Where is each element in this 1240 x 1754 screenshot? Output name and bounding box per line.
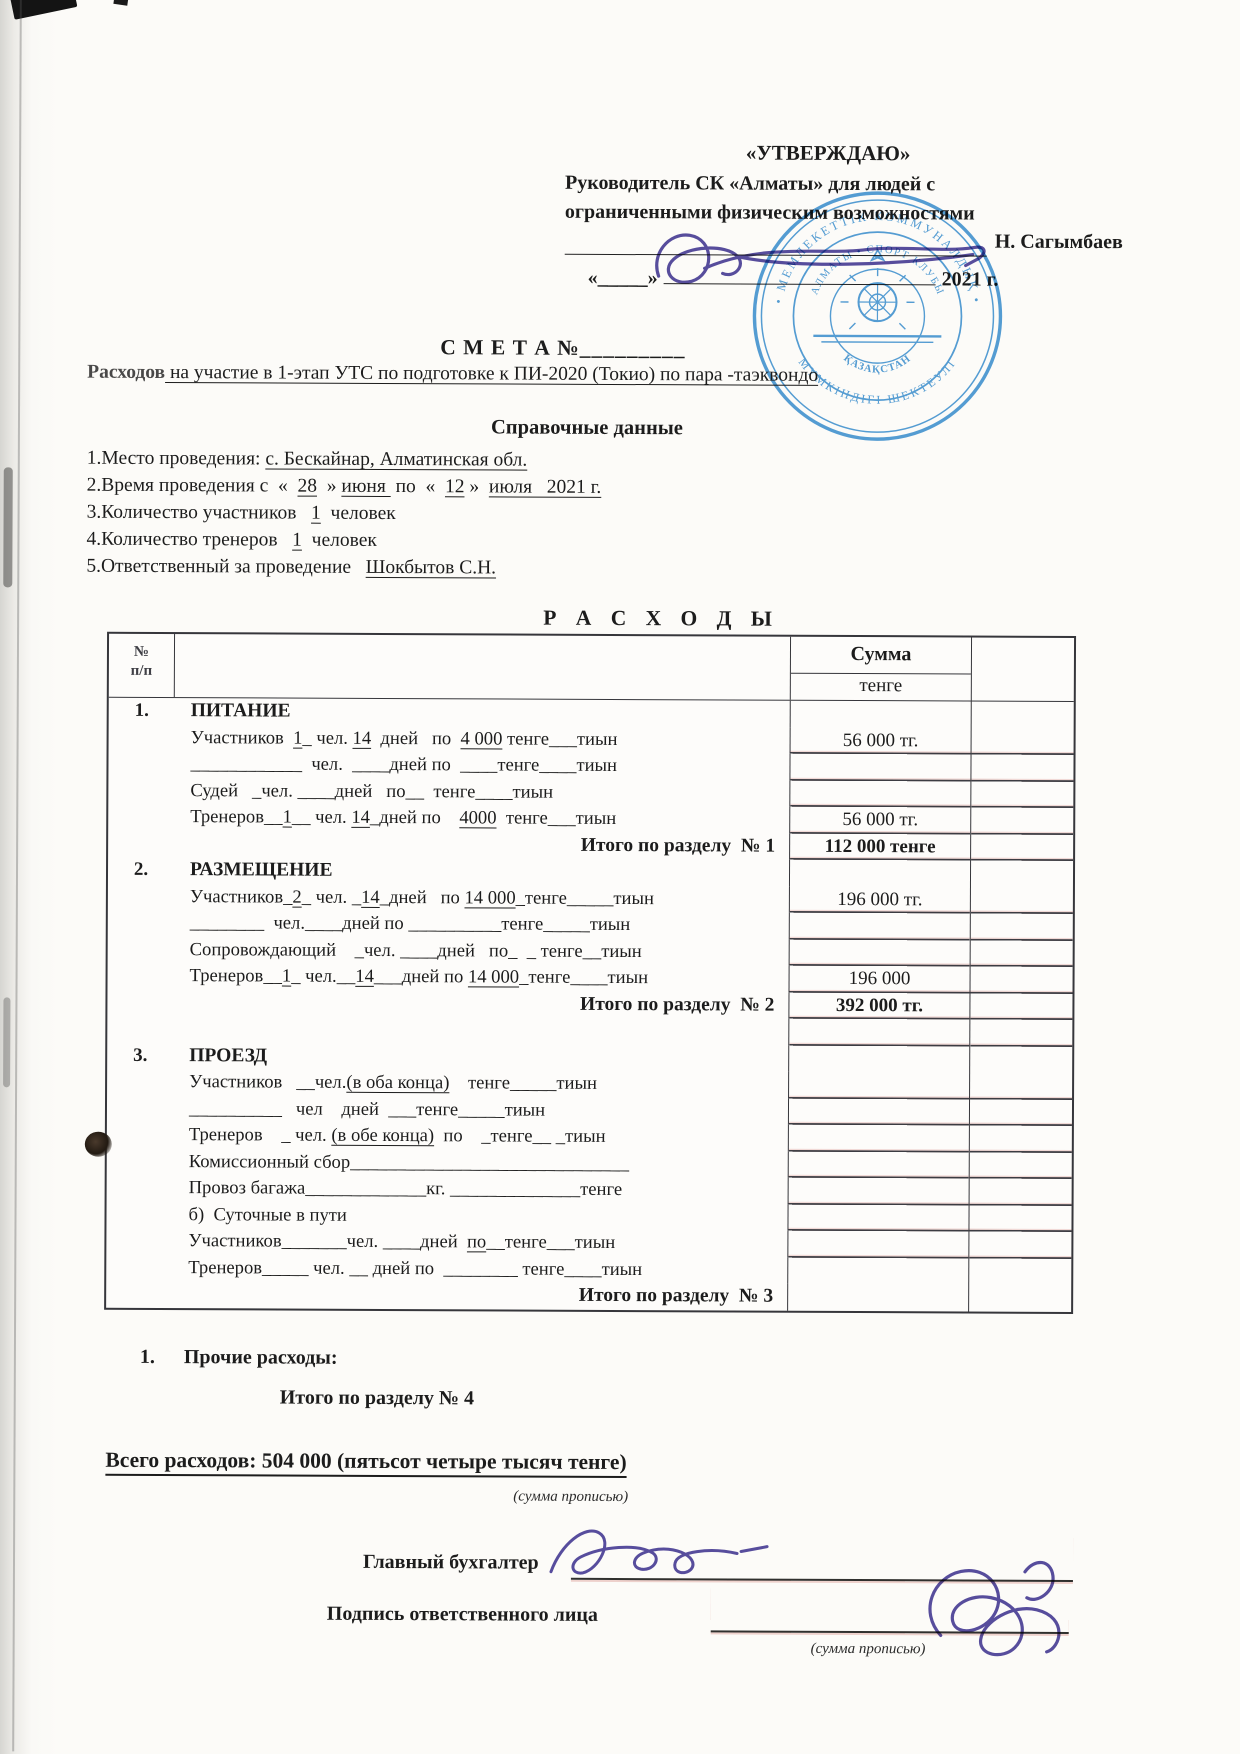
row-description: Сопровождающий _чел. ____дней по_ _ тенг… [174, 937, 790, 966]
table-row: Тренеров__1__ чел. 14_дней по 4000 тенге… [108, 804, 1073, 835]
row-amount: 112 000 тенге [790, 833, 971, 860]
row-number [108, 804, 174, 831]
row-description: ____________ чел. ____дней по ____тенге_… [174, 751, 790, 780]
text-segment: __________ чел дней ___тенге_____тиын [189, 1098, 545, 1121]
table-row: Итого по разделу № 3 [106, 1281, 1071, 1312]
row-description: __________ чел дней ___тенге_____тиын [173, 1096, 789, 1125]
column-header-num: № п/п [109, 634, 175, 697]
row-amount: 392 000 тг. [789, 992, 970, 1019]
expenses-table: № п/п Сумма тенге 1.ПИТАНИЕУчастников 1_… [104, 632, 1076, 1314]
row-description: Судей _чел. ____дней по__ тенге____тиын [174, 778, 790, 807]
text-segment: б) Суточные в пути [188, 1204, 346, 1226]
row-amount [788, 1284, 969, 1311]
row-amount: 56 000 тг. [790, 807, 971, 834]
text-segment: _дней по [370, 807, 459, 828]
sum-header-unit: тенге [791, 674, 971, 700]
text-segment: дней по [371, 727, 460, 748]
text-segment: тенге_____тиын [449, 1072, 597, 1094]
text-segment: ____________ чел. ____дней по ____тенге_… [190, 753, 617, 776]
accountant-signature [539, 1512, 789, 1601]
row-number [108, 777, 174, 804]
row-amount: 196 000 [789, 966, 970, 993]
row-extra-cell [969, 1205, 1071, 1232]
text-segment: » [464, 476, 488, 497]
row-amount [790, 939, 971, 966]
row-extra-cell [971, 834, 1073, 861]
row-number [106, 1281, 172, 1308]
row-amount [789, 1178, 970, 1205]
text-segment: ПИТАНИЕ [191, 700, 291, 721]
text-segment: 1 [311, 502, 321, 523]
row-description: Итого по разделу № 3 [172, 1281, 788, 1310]
row-description: Участников __чел.(в оба конца) тенге____… [173, 1069, 789, 1098]
text-segment: (в оба конца) [346, 1072, 449, 1093]
amount-in-words-note: (сумма прописью) [513, 1489, 628, 1507]
reference-item: 1.Место проведения: с. Бескайнар, Алмати… [87, 446, 602, 475]
row-description: Итого по разделу № 1 [174, 831, 790, 860]
row-description: РАЗМЕЩЕНИЕ [174, 857, 790, 886]
sum-header-label: Сумма [791, 637, 971, 675]
row-extra-cell [969, 1232, 1071, 1259]
approval-signer-name: Н. Сагымбаев [995, 231, 1123, 255]
table-row: Комиссионный сбор_______________________… [107, 1148, 1072, 1179]
text-segment: Участников __чел. [189, 1071, 346, 1093]
row-amount [790, 860, 971, 887]
scan-edge-line [12, 0, 22, 1751]
row-number [107, 1175, 173, 1202]
svg-text:ҚАЗАҚСТАН: ҚАЗАҚСТАН [841, 353, 913, 376]
text-segment: 14 000 [468, 966, 519, 987]
text-segment: Итого по разделу № 1 [581, 834, 775, 856]
section4-total-label: Итого по разделу № 4 [280, 1387, 474, 1411]
reference-list: 1.Место проведения: с. Бескайнар, Алмати… [86, 446, 601, 583]
approval-quote: «УТВЕРЖДАЮ» [691, 140, 965, 166]
document-title: С М Е Т А №_________ [440, 335, 685, 361]
other-expenses-label: Прочие расходы: [184, 1346, 338, 1370]
row-amount: 56 000 тг. [791, 727, 972, 754]
title-blank: _________ [580, 336, 686, 360]
row-description: Участников 1_ чел. 14 дней по 4 000 тенг… [175, 725, 791, 754]
row-amount [789, 1072, 970, 1099]
text-segment: 1.Место проведения: [87, 448, 266, 470]
responsible-person-label: Подпись ответственного лица [327, 1603, 598, 1627]
text-segment: _ чел.__ [291, 966, 355, 987]
row-description: Участников_2_ чел. _14_дней по 14 000_те… [174, 884, 790, 913]
table-row: Сопровождающий _чел. ____дней по_ _ тенг… [108, 936, 1073, 967]
row-amount [788, 1231, 969, 1258]
row-number [106, 1254, 172, 1281]
text-segment: по [467, 1231, 486, 1252]
table-row: 1.ПИТАНИЕ [109, 698, 1074, 729]
text-segment: Комиссионный сбор_______________________… [189, 1151, 629, 1174]
table-body: 1.ПИТАНИЕУчастников 1_ чел. 14 дней по 4… [106, 698, 1074, 1312]
text-segment: 4 000 [461, 728, 503, 749]
row-description: Тренеров__1__ чел. 14_дней по 4000 тенге… [174, 804, 790, 833]
row-number [107, 989, 173, 1016]
text-segment: по _тенге__ _тиын [434, 1125, 606, 1147]
column-header-description [175, 634, 791, 700]
row-extra-cell [970, 967, 1072, 994]
row-number [106, 1228, 172, 1255]
responsible-signature [909, 1549, 1150, 1668]
row-number [107, 1095, 173, 1122]
table-row: 2.РАЗМЕЩЕНИЕ [108, 857, 1073, 888]
text-segment: 3.Количество участников [87, 501, 312, 523]
grand-total-line: Всего расходов: 504 000 (пятьсот четыре … [105, 1448, 626, 1475]
row-description: Тренеров__1_ чел.__14___дней по 14 000_т… [174, 963, 790, 992]
text-segment: _ чел. _ [302, 886, 362, 907]
text-segment: 14 000 [464, 887, 515, 908]
row-description: ПРОЕЗД [173, 1043, 789, 1072]
row-number [107, 1069, 173, 1096]
title-label: С М Е Т А № [440, 335, 580, 360]
row-extra-cell [971, 887, 1073, 914]
row-description: ________ чел.____дней по __________тенге… [174, 910, 790, 939]
text-segment: _дней по [380, 886, 465, 907]
text-segment: 14 [361, 886, 380, 907]
reference-item: 3.Количество участников 1 человек [87, 499, 602, 528]
reference-item: 4.Количество тренеров 1 человек [86, 526, 601, 555]
row-extra-cell [970, 1152, 1072, 1179]
text-segment: июня [341, 476, 390, 497]
table-row: Тренеров__1_ чел.__14___дней по 14 000_т… [108, 963, 1073, 994]
row-extra-cell [970, 1073, 1072, 1100]
chief-accountant-label: Главный бухгалтер [363, 1551, 539, 1575]
text-segment: Сопровождающий _чел. ____дней по_ _ тенг… [190, 939, 642, 962]
num-header-line2: п/п [109, 662, 174, 681]
text-segment: 1 [283, 807, 292, 828]
seal-center-text: ҚАЗАҚСТАН [841, 353, 913, 376]
row-amount [790, 754, 971, 781]
row-extra-cell [970, 1179, 1072, 1206]
row-extra-cell [971, 808, 1073, 835]
row-number [109, 724, 175, 751]
row-amount [790, 913, 971, 940]
text-segment: человек [321, 502, 396, 523]
row-extra-cell [969, 1258, 1071, 1285]
text-segment: Тренеров _ чел. [189, 1124, 332, 1146]
row-extra-cell [970, 993, 1072, 1020]
reference-item: 5.Ответственный за проведение Шокбытов С… [86, 553, 601, 582]
table-row: Провоз багажа_____________кг. __________… [107, 1175, 1072, 1206]
row-description: ПИТАНИЕ [175, 698, 791, 727]
row-number [108, 883, 174, 910]
text-segment: Участников_______чел. ____дней [188, 1230, 467, 1252]
row-extra-cell [972, 728, 1074, 755]
row-extra-cell [969, 1285, 1071, 1312]
table-row: 3.ПРОЕЗД [107, 1042, 1072, 1073]
row-description: Провоз багажа_____________кг. __________… [173, 1175, 789, 1204]
row-amount [788, 1257, 969, 1284]
text-segment: 14 [351, 807, 370, 828]
row-extra-cell [971, 861, 1073, 888]
row-number [108, 751, 174, 778]
row-number [108, 963, 174, 990]
binder-hole-dot [85, 1132, 112, 1157]
expenses-heading: Р А С Х О Д Ы [361, 605, 961, 633]
text-segment: 4000 [459, 807, 496, 828]
row-amount: 196 000 тг. [790, 886, 971, 913]
text-segment: Итого по разделу № 3 [579, 1285, 773, 1307]
table-row: Итого по разделу № 2392 000 тг. [107, 989, 1072, 1020]
table-row: Участников_______чел. ____дней по__тенге… [106, 1228, 1071, 1259]
table-row: Тренеров_____ чел. __ дней по ________ т… [106, 1254, 1071, 1285]
table-row: Участников_2_ чел. _14_дней по 14 000_те… [108, 883, 1073, 914]
text-segment: Тренеров_____ чел. __ дней по ________ т… [188, 1257, 642, 1280]
row-extra-cell [970, 1126, 1072, 1153]
scan-edge-smudge [3, 467, 13, 587]
row-amount [790, 780, 971, 807]
text-segment: Шокбытов С.Н. [366, 556, 496, 578]
subject-text: на участие в 1-этап УТС по подготовке к … [165, 362, 818, 386]
text-segment: __тенге___тиын [486, 1231, 615, 1253]
table-row: Итого по разделу № 1112 000 тенге [108, 830, 1073, 861]
row-amount [789, 1125, 970, 1152]
scan-edge-smudge [3, 997, 10, 1087]
subject-prefix: Расходов [87, 362, 165, 383]
text-segment: Тренеров__ [190, 965, 282, 986]
text-segment: ________ чел.____дней по __________тенге… [190, 912, 631, 935]
expense-subject-line: Расходов на участие в 1-этап УТС по подг… [87, 362, 818, 387]
row-number: 2. [108, 857, 174, 884]
row-description: б) Суточные в пути [172, 1202, 788, 1231]
row-number [107, 1122, 173, 1149]
text-segment: 14 [355, 966, 374, 987]
other-expenses-number: 1. [140, 1346, 155, 1369]
table-row: Судей _чел. ____дней по__ тенге____тиын [108, 777, 1073, 808]
text-segment: Участников_ [190, 886, 293, 907]
row-description: Участников_______чел. ____дней по__тенге… [172, 1228, 788, 1257]
text-segment: по « [391, 476, 445, 497]
column-header-sum: Сумма тенге [791, 637, 972, 701]
text-segment: тенге___тиын [502, 728, 617, 750]
document-sheet: «УТВЕРЖДАЮ» Руководитель СК «Алматы» для… [0, 0, 1240, 1754]
text-segment: тенге___тиын [497, 807, 617, 829]
row-extra-cell [970, 1099, 1072, 1126]
row-extra-cell [970, 1046, 1072, 1073]
row-number [108, 910, 174, 937]
text-segment: 2.Время проведения с « [87, 475, 298, 497]
text-segment: 1 [293, 727, 302, 748]
row-description: Тренеров_____ чел. __ дней по ________ т… [172, 1255, 788, 1284]
scan-tick-mark [113, 0, 128, 6]
text-segment: _тенге_____тиын [516, 887, 654, 909]
row-amount [789, 1045, 970, 1072]
row-amount [788, 1204, 969, 1231]
text-segment: Участников [191, 727, 294, 748]
table-header-row: № п/п Сумма тенге [109, 634, 1074, 702]
reference-heading: Справочные данные [87, 415, 1087, 442]
reference-item: 2.Время проведения с « 28 » июня по « 12… [87, 473, 602, 502]
num-header-line1: № [109, 643, 174, 662]
approver-signature [643, 222, 1003, 296]
row-amount [791, 701, 972, 728]
row-number: 3. [107, 1042, 173, 1069]
text-segment: Итого по разделу № 2 [580, 993, 774, 1015]
text-segment: человек [302, 529, 377, 550]
row-number [108, 830, 174, 857]
row-extra-cell [971, 755, 1073, 782]
row-number [107, 1016, 173, 1043]
text-segment: 1 [282, 966, 291, 987]
table-row: ____________ чел. ____дней по ____тенге_… [108, 751, 1073, 782]
row-extra-cell [972, 702, 1074, 729]
row-description [173, 1016, 789, 1045]
text-segment: _ чел. [302, 727, 352, 748]
row-description: Итого по разделу № 2 [173, 990, 789, 1019]
table-row: ________ чел.____дней по __________тенге… [108, 910, 1073, 941]
text-segment: __ чел. [292, 807, 352, 828]
text-segment: Провоз багажа_____________кг. __________… [189, 1177, 623, 1200]
row-extra-cell [971, 914, 1073, 941]
text-segment: 12 [445, 476, 465, 497]
row-number [108, 936, 174, 963]
row-amount [789, 1151, 970, 1178]
text-segment: ПРОЕЗД [189, 1045, 267, 1066]
text-segment: Тренеров__ [190, 806, 282, 827]
text-segment: РАЗМЕЩЕНИЕ [190, 859, 333, 881]
table-row: Участников 1_ чел. 14 дней по 4 000 тенг… [109, 724, 1074, 755]
scanned-document-page: «УТВЕРЖДАЮ» Руководитель СК «Алматы» для… [0, 0, 1240, 1754]
row-amount [789, 1019, 970, 1046]
row-number [107, 1148, 173, 1175]
text-segment: 2 [292, 886, 301, 907]
column-header-extra [972, 638, 1074, 701]
text-segment: » [317, 476, 341, 497]
text-segment: ___дней по [374, 966, 468, 987]
text-segment: 5.Ответственный за проведение [86, 555, 365, 577]
row-number: 1. [109, 698, 175, 725]
row-extra-cell [971, 940, 1073, 967]
table-row: Участников __чел.(в оба конца) тенге____… [107, 1069, 1072, 1100]
row-number [106, 1201, 172, 1228]
table-row: Тренеров _ чел. (в обе конца) по _тенге_… [107, 1122, 1072, 1153]
text-segment: 4.Количество тренеров [86, 528, 292, 550]
row-amount [789, 1098, 970, 1125]
text-segment: _тенге____тиын [519, 967, 648, 989]
text-segment: (в обе конца) [331, 1125, 434, 1146]
row-extra-cell [970, 1020, 1072, 1047]
table-row [107, 1016, 1072, 1047]
table-row: б) Суточные в пути [106, 1201, 1071, 1232]
row-description: Комиссионный сбор_______________________… [173, 1149, 789, 1178]
text-segment: с. Бескайнар, Алматинская обл. [265, 448, 527, 470]
text-segment: Судей _чел. ____дней по__ тенге____тиын [190, 780, 553, 803]
row-extra-cell [971, 781, 1073, 808]
text-segment: 28 [298, 475, 318, 496]
table-row: __________ чел дней ___тенге_____тиын [107, 1095, 1072, 1126]
text-segment: июля 2021 г. [489, 476, 601, 497]
text-segment: 14 [353, 727, 372, 748]
row-description: Тренеров _ чел. (в обе конца) по _тенге_… [173, 1122, 789, 1151]
